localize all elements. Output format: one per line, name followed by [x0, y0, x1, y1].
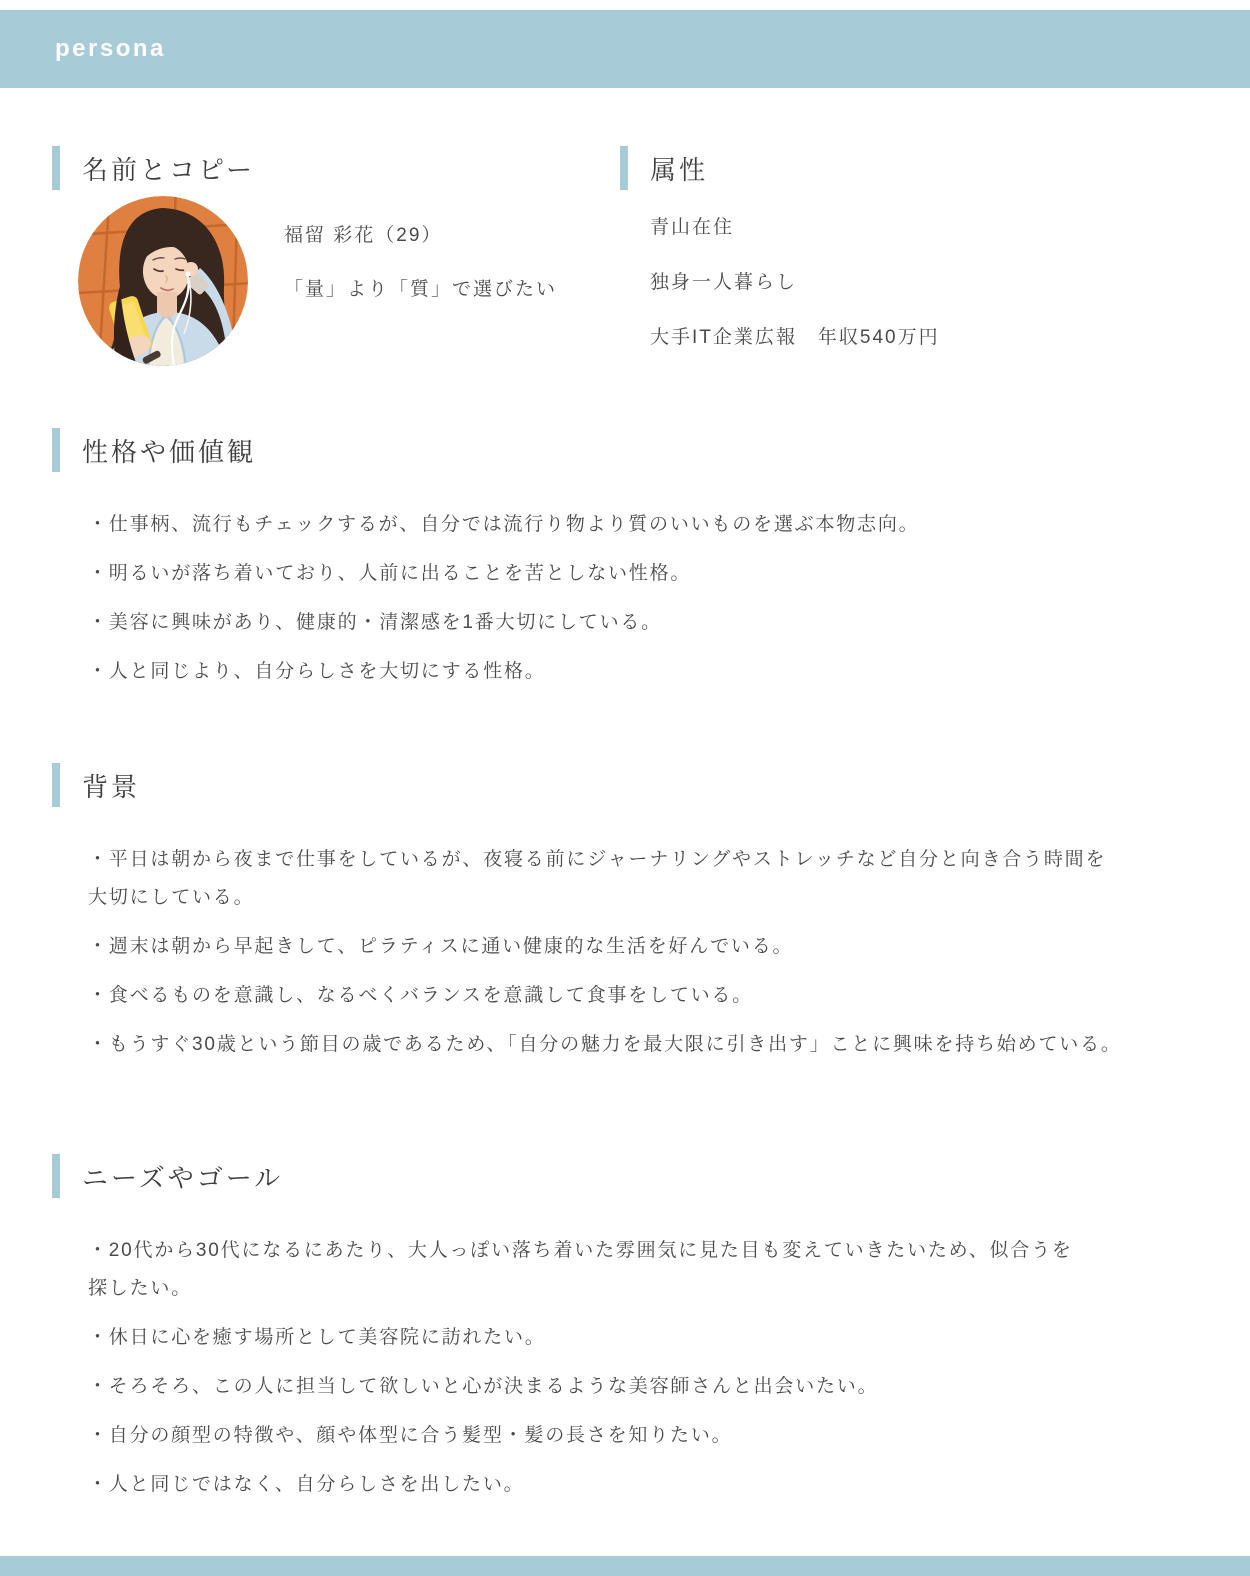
- personality-heading: 性格や価値観: [52, 428, 1195, 472]
- bullet-item: ・20代から30代になるにあたり、大人っぽい落ち着いた雰囲気に見た目も変えていき…: [88, 1232, 1195, 1308]
- bullet-item: ・休日に心を癒す場所として美容院に訪れたい。: [88, 1319, 1195, 1357]
- bullet-item: ・自分の顔型の特徴や、顔や体型に合う髪型・髪の長さを知りたい。: [88, 1417, 1195, 1455]
- section-accent-bar: [52, 146, 60, 190]
- section-accent-bar: [52, 428, 60, 472]
- section-accent-bar: [52, 1154, 60, 1198]
- attributes-section: 属性 青山在住 独身一人暮らし 大手IT企業広報 年収540万円: [620, 146, 1195, 382]
- bullet-item: ・そろそろ、この人に担当して欲しいと心が決まるような美容師さんと出会いたい。: [88, 1368, 1195, 1406]
- personality-list: ・仕事柄、流行もチェックするが、自分では流行り物より質のいいものを選ぶ本物志向。…: [88, 506, 1195, 691]
- persona-copy: 「量」より「質」で選びたい: [284, 274, 557, 301]
- profile-block: 福留 彩花（29） 「量」より「質」で選びたい: [52, 196, 620, 366]
- bullet-item: ・食べるものを意識し、なるべくバランスを意識して食事をしている。: [88, 977, 1195, 1015]
- persona-name: 福留 彩花（29）: [284, 220, 557, 247]
- avatar: [78, 196, 248, 366]
- attribute-item: 独身一人暮らし: [650, 272, 1195, 294]
- bullet-item: ・人と同じではなく、自分らしさを出したい。: [88, 1466, 1195, 1504]
- attributes-list: 青山在住 独身一人暮らし 大手IT企業広報 年収540万円: [650, 217, 1195, 349]
- attribute-item: 大手IT企業広報 年収540万円: [650, 327, 1195, 349]
- section-accent-bar: [52, 763, 60, 807]
- section-title-personality: 性格や価値観: [82, 432, 256, 469]
- top-columns: 名前とコピー: [52, 146, 1195, 382]
- bullet-item: ・平日は朝から夜まで仕事をしているが、夜寝る前にジャーナリングやストレッチなど自…: [88, 841, 1195, 917]
- name-copy-section: 名前とコピー: [52, 146, 620, 382]
- section-title-name-copy: 名前とコピー: [82, 150, 255, 187]
- profile-texts: 福留 彩花（29） 「量」より「質」で選びたい: [284, 196, 557, 366]
- needs-heading: ニーズやゴール: [52, 1154, 1195, 1198]
- bullet-item: ・もうすぐ30歳という節目の歳であるため、「自分の魅力を最大限に引き出す」ことに…: [88, 1026, 1195, 1064]
- background-section: 背景 ・平日は朝から夜まで仕事をしているが、夜寝る前にジャーナリングやストレッチ…: [52, 763, 1195, 1064]
- page-title: persona: [55, 35, 166, 63]
- name-copy-heading: 名前とコピー: [52, 146, 620, 190]
- attributes-heading: 属性: [620, 146, 1195, 190]
- section-title-needs: ニーズやゴール: [82, 1158, 283, 1195]
- bullet-item: ・美容に興味があり、健康的・清潔感を1番大切にしている。: [88, 604, 1195, 642]
- background-list: ・平日は朝から夜まで仕事をしているが、夜寝る前にジャーナリングやストレッチなど自…: [88, 841, 1195, 1064]
- needs-list: ・20代から30代になるにあたり、大人っぽい落ち着いた雰囲気に見た目も変えていき…: [88, 1232, 1195, 1504]
- background-heading: 背景: [52, 763, 1195, 807]
- section-title-attributes: 属性: [650, 150, 708, 187]
- attribute-item: 青山在住: [650, 217, 1195, 239]
- needs-section: ニーズやゴール ・20代から30代になるにあたり、大人っぽい落ち着いた雰囲気に見…: [52, 1154, 1195, 1504]
- content-area: 名前とコピー: [0, 88, 1250, 1515]
- persona-sheet: persona 名前とコピー: [0, 0, 1250, 1576]
- avatar-image: [78, 196, 248, 366]
- header-bar: persona: [0, 10, 1250, 88]
- footer-bar: [0, 1556, 1250, 1576]
- section-accent-bar: [620, 146, 628, 190]
- bullet-item: ・仕事柄、流行もチェックするが、自分では流行り物より質のいいものを選ぶ本物志向。: [88, 506, 1195, 544]
- section-title-background: 背景: [82, 767, 140, 804]
- bullet-item: ・人と同じより、自分らしさを大切にする性格。: [88, 653, 1195, 691]
- bullet-item: ・週末は朝から早起きして、ピラティスに通い健康的な生活を好んでいる。: [88, 928, 1195, 966]
- bullet-item: ・明るいが落ち着いており、人前に出ることを苦としない性格。: [88, 555, 1195, 593]
- personality-section: 性格や価値観 ・仕事柄、流行もチェックするが、自分では流行り物より質のいいものを…: [52, 428, 1195, 691]
